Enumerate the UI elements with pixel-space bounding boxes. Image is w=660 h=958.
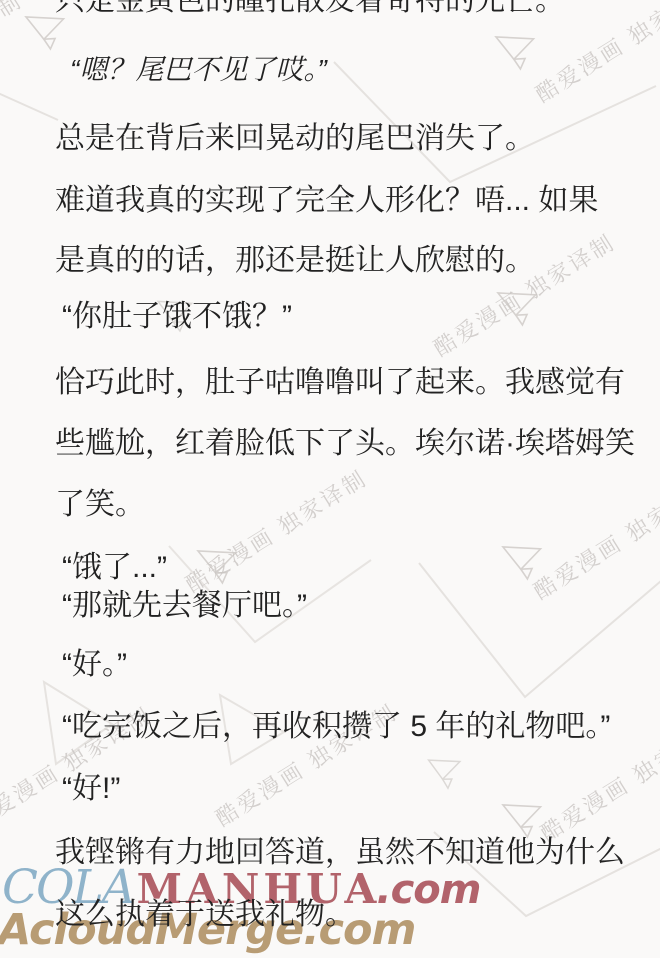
- novel-line: 总是在背后来回晃动的尾巴消失了。: [55, 122, 535, 156]
- novel-line: 我铿锵有力地回答道，虽然不知道他为什么: [55, 836, 625, 870]
- novel-line: “你肚子饿不饿？”: [62, 300, 292, 334]
- novel-line: “好!”: [62, 772, 120, 806]
- novel-page: 酷爱漫画 独家译制 酷爱漫画 独家译制 酷爱漫画 独家译制 酷爱漫画 独家译制 …: [0, 0, 660, 958]
- novel-line: 难道我真的实现了完全人形化？唔... 如果: [55, 184, 598, 218]
- novel-line: 些尴尬，红着脸低下了头。埃尔诺·埃塔姆笑: [55, 427, 635, 461]
- novel-line: 恰巧此时，肚子咕噜噜叫了起来。我感觉有: [55, 366, 625, 400]
- novel-line: 是真的的话，那还是挺让人欣慰的。: [55, 244, 535, 278]
- novel-line: 只是金黄色的瞳孔散发着奇特的光芒。: [55, 0, 565, 18]
- check-line-decoration: [0, 15, 60, 125]
- novel-line: “嗯？尾巴不见了哎。”: [70, 53, 327, 87]
- dotcom-text: .com: [376, 868, 480, 912]
- novel-line: 了笑。: [55, 488, 145, 522]
- novel-line: “饿了...”: [62, 551, 167, 585]
- paper-plane-icon: [426, 750, 468, 793]
- novel-line: “吃完饭之后，再收积攒了 5 年的礼物吧。”: [62, 710, 610, 744]
- novel-line: “好。”: [62, 648, 127, 682]
- novel-line: “那就先去餐厅吧。”: [62, 589, 307, 623]
- novel-line: 这么执着于送我礼物。: [55, 898, 355, 932]
